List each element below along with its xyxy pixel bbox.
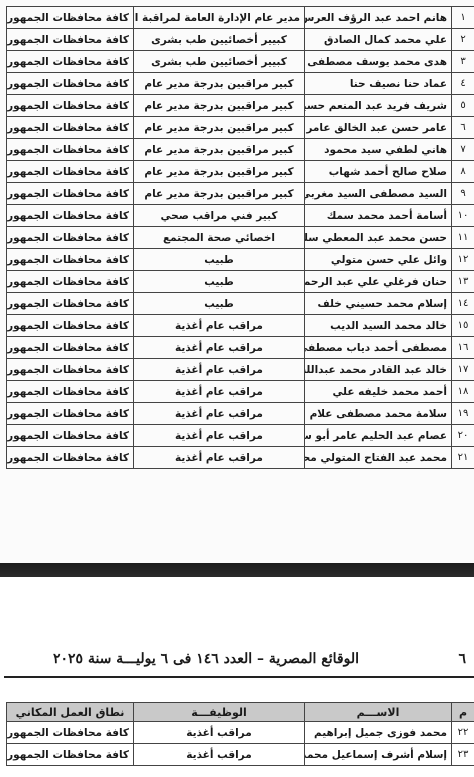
row-number: ١٦ [452,337,474,359]
table-row: ١٦مصطفى أحمد دياب مصطفىمراقب عام أغذيةكا… [7,337,474,359]
employee-name: السيد مصطفى السيد مغربي [305,183,452,205]
employee-name: محمد فوزى جميل إبراهيم [305,722,452,744]
job-title: طبيب [134,249,305,271]
work-scope: كافة محافظات الجمهورية [7,161,134,183]
row-number: ٩ [452,183,474,205]
employee-name: صلاح صالح أحمد شهاب [305,161,452,183]
column-header-job: الوظيفـــة [134,703,305,722]
table-row: ١٣حنان فرغلي علي عبد الرحمنطبيبكافة محاف… [7,271,474,293]
employee-name: حنان فرغلي علي عبد الرحمن [305,271,452,293]
employee-name: عصام عبد الحليم عامر أبو سمك [305,425,452,447]
table-row: ١هانم احمد عبد الرؤف العرسمدير عام الإدا… [7,7,474,29]
work-scope: كافة محافظات الجمهورية [7,95,134,117]
work-scope: كافة محافظات الجمهورية [7,403,134,425]
employee-name: حسن محمد عبد المعطي سليم [305,227,452,249]
row-number: ٤ [452,73,474,95]
gazette-issue-title: الوقائع المصرية – العدد ١٤٦ فى ٦ يوليـــ… [53,651,359,667]
job-title: مراقب عام أغذية [134,403,305,425]
work-scope: كافة محافظات الجمهورية [7,117,134,139]
job-title: كبير مراقبين بدرجة مدير عام [134,183,305,205]
row-number: ٢٠ [452,425,474,447]
table-row: ٢٣إسلام أشرف إسماعيل محمدمراقب أغذيةكافة… [7,744,474,766]
work-scope: كافة محافظات الجمهورية [7,249,134,271]
row-number: ٣ [452,51,474,73]
row-number: ١٢ [452,249,474,271]
work-scope: كافة محافظات الجمهورية [7,227,134,249]
row-number: ٢٢ [452,722,474,744]
work-scope: كافة محافظات الجمهورية [7,293,134,315]
row-number: ٦ [452,117,474,139]
job-title: كبير مراقبين بدرجة مدير عام [134,95,305,117]
table-row: ٣هدى محمد يوسف مصطفىكبيير أخصائيين طب بش… [7,51,474,73]
job-title: كبير مراقبين بدرجة مدير عام [134,73,305,95]
job-title: كبير مراقبين بدرجة مدير عام [134,139,305,161]
table-row: ٦عامر حسن عبد الخالق عامركبير مراقبين بد… [7,117,474,139]
job-title: كبير فني مراقب صحي [134,205,305,227]
row-number: ١١ [452,227,474,249]
table-row: ١٨أحمد محمد خليفه عليمراقب عام أغذيةكافة… [7,381,474,403]
column-header-number: م [452,703,474,722]
table-row: ١٧خالد عبد القادر محمد عبداللهمراقب عام … [7,359,474,381]
table-row: ٢٢محمد فوزى جميل إبراهيممراقب أغذيةكافة … [7,722,474,744]
employee-name: محمد عبد الفتاح المتولي محمد [305,447,452,469]
table-row: ١٢وائل علي حسن متوليطبيبكافة محافظات الج… [7,249,474,271]
job-title: كبيير أخصائيين طب بشرى [134,51,305,73]
work-scope: كافة محافظات الجمهورية [7,359,134,381]
work-scope: كافة محافظات الجمهورية [7,381,134,403]
table-row: ١٥خالد محمد السيد الديبمراقب عام أغذيةكا… [7,315,474,337]
work-scope: كافة محافظات الجمهورية [7,337,134,359]
work-scope: كافة محافظات الجمهورية [7,183,134,205]
table-row: ١٤إسلام محمد حسيني خلفطبيبكافة محافظات ا… [7,293,474,315]
employee-table-page-2: م الاســـم الوظيفـــة نطاق العمل المكاني… [6,702,474,766]
page-number: ٦ [458,651,466,667]
row-number: ٥ [452,95,474,117]
employee-name: عامر حسن عبد الخالق عامر [305,117,452,139]
employee-name: عماد حنا نصيف حنا [305,73,452,95]
row-number: ١ [452,7,474,29]
work-scope: كافة محافظات الجمهورية [7,139,134,161]
work-scope: كافة محافظات الجمهورية [7,51,134,73]
row-number: ٧ [452,139,474,161]
job-title: كبير مراقبين بدرجة مدير عام [134,117,305,139]
job-title: مراقب عام أغذية [134,425,305,447]
work-scope: كافة محافظات الجمهورية [7,29,134,51]
employee-name: خالد محمد السيد الديب [305,315,452,337]
column-header-scope: نطاق العمل المكاني [7,703,134,722]
row-number: ١٧ [452,359,474,381]
job-title: كبير مراقبين بدرجة مدير عام [134,161,305,183]
table-row: ٢٠عصام عبد الحليم عامر أبو سمكمراقب عام … [7,425,474,447]
work-scope: كافة محافظات الجمهورية [7,7,134,29]
job-title: مراقب عام أغذية [134,337,305,359]
row-number: ٢٣ [452,744,474,766]
table-row: ١١حسن محمد عبد المعطي سليماخصائي صحة الم… [7,227,474,249]
employee-name: إسلام أشرف إسماعيل محمد [305,744,452,766]
job-title: مراقب أغذية [134,744,305,766]
job-title: مراقب عام أغذية [134,447,305,469]
job-title: طبيب [134,271,305,293]
employee-name: إسلام محمد حسيني خلف [305,293,452,315]
job-title: مدير عام الإدارة العامة لمراقبة الأغذية [134,7,305,29]
employee-table-page-1: ١هانم احمد عبد الرؤف العرسمدير عام الإدا… [6,6,474,469]
work-scope: كافة محافظات الجمهورية [7,315,134,337]
job-title: مراقب عام أغذية [134,315,305,337]
job-title: كبيير أخصائيين طب بشرى [134,29,305,51]
employee-name: شريف فريد عبد المنعم حسين [305,95,452,117]
table-row: ٨صلاح صالح أحمد شهابكبير مراقبين بدرجة م… [7,161,474,183]
table-header-row: م الاســـم الوظيفـــة نطاق العمل المكاني [7,703,474,722]
table-row: ٧هاني لطفي سيد محمودكبير مراقبين بدرجة م… [7,139,474,161]
employee-name: هاني لطفي سيد محمود [305,139,452,161]
row-number: ١٩ [452,403,474,425]
row-number: ١٥ [452,315,474,337]
table-row: ١٩سلامة محمد مصطفى علاممراقب عام أغذيةكا… [7,403,474,425]
employee-name: سلامة محمد مصطفى علام [305,403,452,425]
employee-name: علي محمد كمال الصادق [305,29,452,51]
row-number: ٢١ [452,447,474,469]
employee-name: هدى محمد يوسف مصطفى [305,51,452,73]
job-title: اخصائي صحة المجتمع [134,227,305,249]
work-scope: كافة محافظات الجمهورية [7,205,134,227]
job-title: مراقب أغذية [134,722,305,744]
table-row: ٤عماد حنا نصيف حناكبير مراقبين بدرجة مدي… [7,73,474,95]
page-separator [0,563,474,577]
column-header-name: الاســـم [305,703,452,722]
row-number: ٨ [452,161,474,183]
table-row: ٢١محمد عبد الفتاح المتولي محمدمراقب عام … [7,447,474,469]
table-row: ٩السيد مصطفى السيد مغربيكبير مراقبين بدر… [7,183,474,205]
work-scope: كافة محافظات الجمهورية [7,744,134,766]
work-scope: كافة محافظات الجمهورية [7,447,134,469]
table-row: ١٠أسامة أحمد محمد سمككبير فني مراقب صحيك… [7,205,474,227]
row-number: ٢ [452,29,474,51]
employee-name: وائل علي حسن متولي [305,249,452,271]
employee-name: أحمد محمد خليفه علي [305,381,452,403]
job-title: مراقب عام أغذية [134,359,305,381]
work-scope: كافة محافظات الجمهورية [7,73,134,95]
row-number: ١٠ [452,205,474,227]
job-title: مراقب عام أغذية [134,381,305,403]
work-scope: كافة محافظات الجمهورية [7,722,134,744]
employee-name: خالد عبد القادر محمد عبدالله [305,359,452,381]
row-number: ١٣ [452,271,474,293]
work-scope: كافة محافظات الجمهورية [7,425,134,447]
work-scope: كافة محافظات الجمهورية [7,271,134,293]
job-title: طبيب [134,293,305,315]
employee-name: هانم احمد عبد الرؤف العرس [305,7,452,29]
row-number: ١٨ [452,381,474,403]
table-row: ٢علي محمد كمال الصادقكبيير أخصائيين طب ب… [7,29,474,51]
employee-name: مصطفى أحمد دياب مصطفى [305,337,452,359]
row-number: ١٤ [452,293,474,315]
header-rule [4,676,474,678]
employee-name: أسامة أحمد محمد سمك [305,205,452,227]
table-row: ٥شريف فريد عبد المنعم حسينكبير مراقبين ب… [7,95,474,117]
